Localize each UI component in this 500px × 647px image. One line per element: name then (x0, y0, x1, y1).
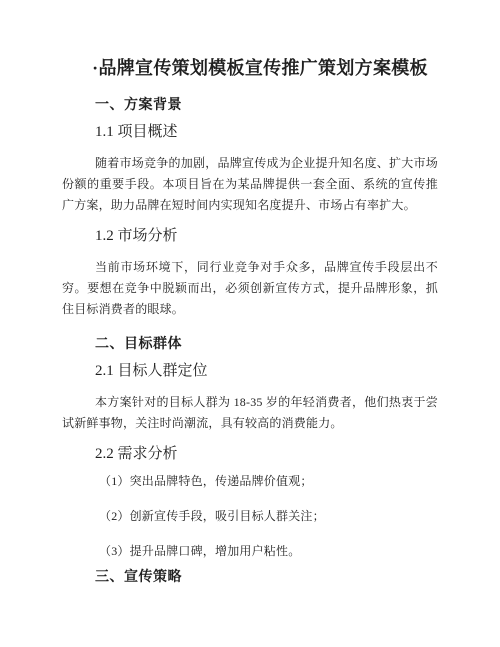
subsection-heading-target-positioning: 2.1 目标人群定位 (62, 363, 438, 380)
section-heading-plan-background: 一、方案背景 (62, 96, 438, 112)
paragraph-project-overview: 随着市场竞争的加剧，品牌宣传成为企业提升知名度、扩大市场份额的重要手段。本项目旨… (62, 153, 438, 216)
list-item-demand-3: （3）提升品牌口碑，增加用户粘性。 (62, 543, 438, 560)
paragraph-market-analysis: 当前市场环境下，同行业竞争对手众多，品牌宣传手段层出不穷。要想在竞争中脱颖而出，… (62, 257, 438, 320)
paragraph-target-positioning: 本方案针对的目标人群为 18-35 岁的年轻消费者，他们热衷于尝试新鲜事物，关注… (62, 392, 438, 434)
subsection-heading-market-analysis: 1.2 市场分析 (62, 228, 438, 245)
document-page: ·品牌宣传策划模板宣传推广策划方案模板 一、方案背景 1.1 项目概述 随着市场… (0, 0, 500, 647)
demand-analysis-list: （1）突出品牌特色，传递品牌价值观； （2）创新宣传手段，吸引目标人群关注； （… (62, 473, 438, 560)
section-heading-target-group: 二、目标群体 (62, 335, 438, 351)
subsection-heading-demand-analysis: 2.2 需求分析 (62, 446, 438, 463)
subsection-heading-project-overview: 1.1 项目概述 (62, 124, 438, 141)
list-item-demand-2: （2）创新宣传手段，吸引目标人群关注； (62, 508, 438, 525)
section-heading-promotion-strategy: 三、宣传策略 (62, 568, 438, 584)
list-item-demand-1: （1）突出品牌特色，传递品牌价值观； (62, 473, 438, 490)
document-title: ·品牌宣传策划模板宣传推广策划方案模板 (82, 55, 438, 81)
